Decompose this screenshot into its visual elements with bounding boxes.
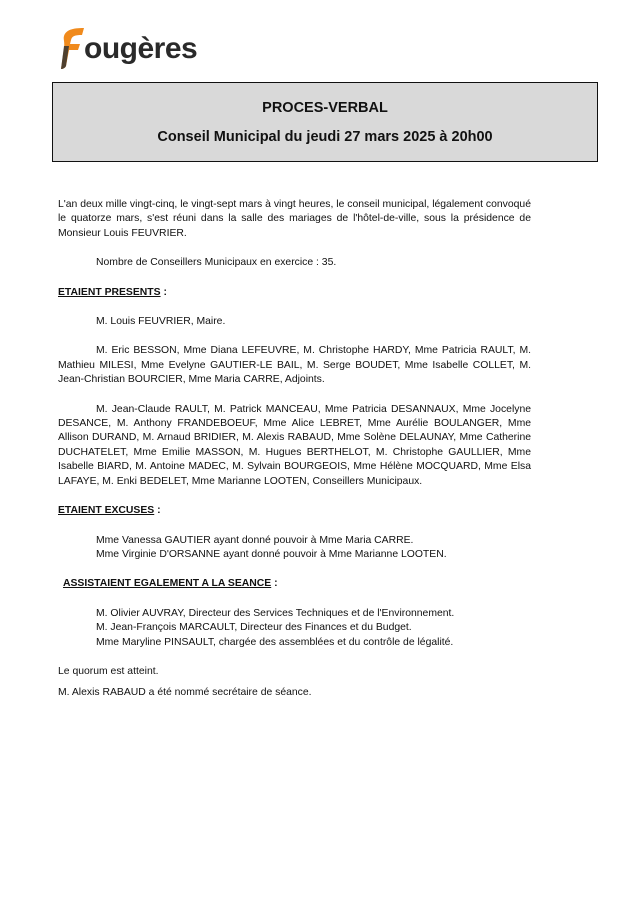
assistant-item: M. Jean-François MARCAULT, Directeur des…	[96, 621, 531, 635]
excuse-item: Mme Vanessa GAUTIER ayant donné pouvoir …	[96, 534, 531, 548]
assistant-item: M. Olivier AUVRAY, Directeur des Service…	[96, 607, 531, 621]
assistaient-list: M. Olivier AUVRAY, Directeur des Service…	[58, 607, 531, 650]
assistaient-heading: ASSISTAIENT EGALEMENT A LA SEANCE :	[58, 577, 531, 591]
assistant-item: Mme Maryline PINSAULT, chargée des assem…	[96, 636, 531, 650]
excuses-heading-text: ETAIENT EXCUSES	[58, 505, 154, 516]
intro-paragraph: L'an deux mille vingt-cinq, le vingt-sep…	[58, 198, 531, 241]
presents-heading: ETAIENT PRESENTS :	[58, 286, 531, 300]
maire-line: M. Louis FEUVRIER, Maire.	[58, 315, 531, 329]
logo-f-mark-icon	[60, 26, 86, 70]
excuse-item: Mme Virginie D'ORSANNE ayant donné pouvo…	[96, 548, 531, 562]
conseillers-paragraph: M. Jean-Claude RAULT, M. Patrick MANCEAU…	[58, 403, 531, 489]
count-line: Nombre de Conseillers Municipaux en exer…	[58, 256, 531, 270]
excuses-heading-suffix: :	[154, 505, 160, 516]
adjoints-paragraph: M. Eric BESSON, Mme Diana LEFEUVRE, M. C…	[58, 344, 531, 387]
presents-heading-suffix: :	[161, 287, 167, 298]
presents-heading-text: ETAIENT PRESENTS	[58, 287, 161, 298]
document-body: L'an deux mille vingt-cinq, le vingt-sep…	[58, 198, 531, 701]
quorum-line: Le quorum est atteint.	[58, 665, 531, 679]
secretaire-line: M. Alexis RABAUD a été nommé secrétaire …	[58, 686, 531, 700]
assistaient-heading-suffix: :	[271, 578, 277, 589]
document-subtitle: Conseil Municipal du jeudi 27 mars 2025 …	[53, 129, 597, 145]
assistaient-heading-text: ASSISTAIENT EGALEMENT A LA SEANCE	[63, 578, 271, 589]
logo-text: ougères	[84, 34, 197, 64]
fougeres-logo: ougères	[60, 26, 197, 70]
document-title: PROCES-VERBAL	[53, 100, 597, 116]
excuses-heading: ETAIENT EXCUSES :	[58, 504, 531, 518]
excuses-list: Mme Vanessa GAUTIER ayant donné pouvoir …	[58, 534, 531, 563]
title-box: PROCES-VERBAL Conseil Municipal du jeudi…	[52, 82, 598, 162]
